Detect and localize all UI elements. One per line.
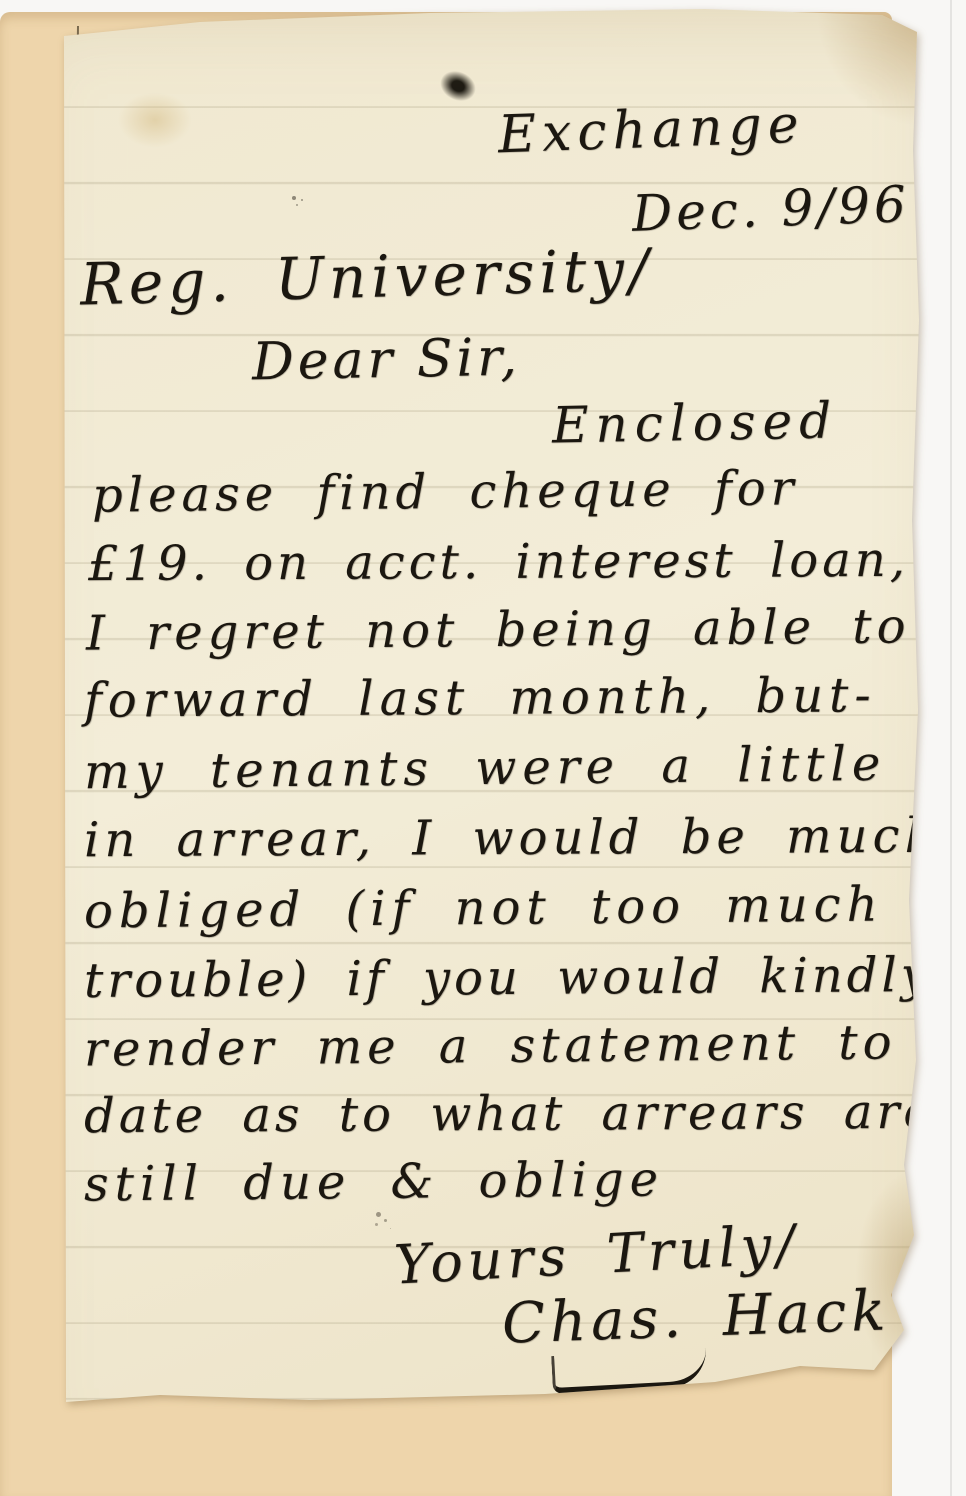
letter-body-line: trouble) if you would kindly: [84, 951, 932, 1005]
letter-body-line: Enclosed: [552, 396, 839, 451]
letter-body-line: £19. on acct. interest loan,: [88, 536, 909, 588]
scanned-letter-page: Exchange Dec. 9/96 Reg. University/ Dear…: [0, 0, 966, 1496]
ink-specks: [292, 196, 296, 200]
signature-flourish-stroke: [551, 1348, 708, 1394]
ink-specks: [376, 1212, 381, 1217]
letter-body-line: date as to what arrears are: [84, 1088, 936, 1140]
letter-body-line: I regret not being able to: [86, 602, 911, 657]
letter-sheet: Exchange Dec. 9/96 Reg. University/ Dear…: [0, 0, 966, 1496]
letter-signature: Chas. Hack: [501, 1283, 891, 1353]
letter-recipient-line: Reg. University/: [79, 241, 654, 314]
letter-body-line: obliged (if not too much: [84, 881, 884, 936]
letter-body-line: in arrear, I would be much: [84, 812, 941, 864]
paper-stain: [118, 92, 192, 148]
edge-crumple: [855, 1170, 925, 1380]
letter-body-line: my tenants were a little: [84, 740, 887, 796]
ink-smudge: [436, 66, 480, 106]
letter-body-line: please find cheque for: [92, 464, 799, 519]
letter-closing-line: Yours Truly/: [393, 1217, 801, 1292]
letter-body-line: still due & oblige: [84, 1155, 664, 1208]
letter-date-line: Dec. 9/96: [631, 179, 910, 239]
letter-place-line: Exchange: [497, 99, 805, 162]
letter-salutation-line: Dear Sir,: [252, 332, 522, 389]
letter-paper: Exchange Dec. 9/96 Reg. University/ Dear…: [0, 0, 966, 1496]
corner-curl: [808, 6, 928, 136]
letter-body-line: forward last month, but-: [84, 671, 877, 725]
letter-body-line: render me a statement to: [84, 1018, 897, 1073]
